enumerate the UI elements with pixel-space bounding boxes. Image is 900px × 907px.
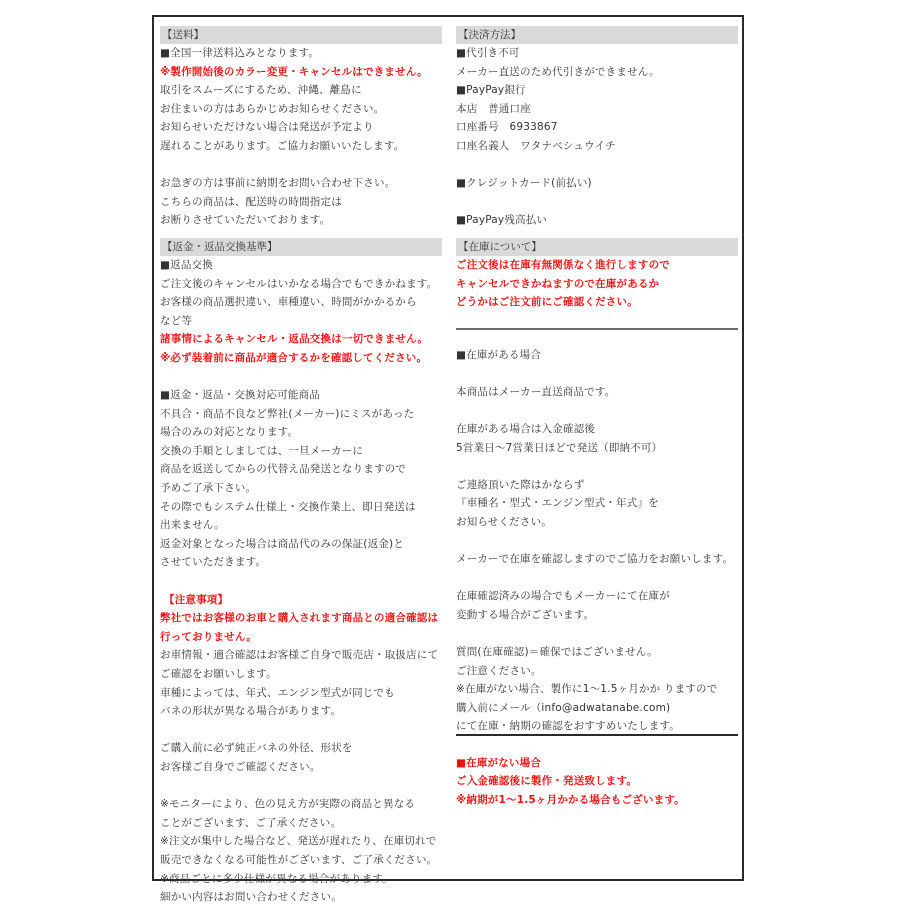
in-stock-line: にて在庫・納期の確認をおすすめいたします。 <box>456 718 738 734</box>
in-stock-line: お知らせください。 <box>456 513 738 532</box>
shipping-line: 遅れることがあります。ご協力お願いいたします。 <box>160 137 442 156</box>
returns-warning: 諸事情によるキャンセル・返品交換は一切できません。 <box>160 330 442 349</box>
blank-line <box>160 572 442 591</box>
stock-header: 【在庫について】 <box>456 238 738 256</box>
payment-line: メーカー直送のため代引きができません。 <box>456 63 738 82</box>
blank-line <box>456 532 738 551</box>
in-stock-line: 在庫がある場合は入金確認後 <box>456 420 738 439</box>
blank-line <box>456 569 738 588</box>
payment-line: ■代引き不可 <box>456 44 738 63</box>
shipping-line: お断りさせていただいております。 <box>160 211 442 230</box>
returns-line: 交換の手順としましては、一旦メーカーに <box>160 442 442 461</box>
left-column: 【送料】 ■全国一律送料込みとなります。 ※製作開始後のカラー変更・キャンセルは… <box>160 26 442 907</box>
returns-line: 出来ません。 <box>160 516 442 535</box>
blank-line <box>456 193 738 212</box>
notes-line: ことがございます、ご了承ください。 <box>160 814 442 833</box>
returns-line: など等 <box>160 312 442 331</box>
returns-line: 予めご了承下さい。 <box>160 479 442 498</box>
shipping-line: ■全国一律送料込みとなります。 <box>160 44 442 63</box>
notes-header: 【注意事項】 <box>160 591 442 610</box>
notes-line: ご確認をお願いします。 <box>160 665 442 684</box>
shipping-line: お住まいの方はあらかじめお知らせください。 <box>160 100 442 119</box>
contact-email-line: 購入前にメール（info@adwatanabe.com) <box>456 699 738 718</box>
notes-line: お客様ご自身でご確認ください。 <box>160 758 442 777</box>
notes-line: ※注文が集中した場合など、発送が遅れたり、在庫切れで <box>160 832 442 851</box>
payment-account-holder: 口座名義人 ワタナベシュウイチ <box>456 137 738 156</box>
spacer <box>160 230 442 238</box>
in-stock-line: 質問(在庫確認)＝確保ではございません。 <box>456 643 738 662</box>
stock-warning: ご注文後は在庫有無関係なく進行しますので <box>456 256 738 275</box>
shipping-line: お知らせいただけない場合は発送が予定より <box>160 118 442 137</box>
spacer <box>456 230 738 238</box>
in-stock-line: 5営業日〜7営業日ほどで発送（即納不可） <box>456 439 738 458</box>
returns-line: ご注文後のキャンセルはいかなる場合でもできかねます。 <box>160 275 442 294</box>
notes-line: ※モニターにより、色の見え方が実際の商品と異なる <box>160 795 442 814</box>
in-stock-line: ご注意ください。 <box>456 662 738 681</box>
in-stock-line: 変動する場合がございます。 <box>456 606 738 625</box>
in-stock-line: メーカーで在庫を確認しますのでご協力をお願いします。 <box>456 550 738 569</box>
payment-line: 本店 普通口座 <box>456 100 738 119</box>
returns-header: 【返金・返品交換基準】 <box>160 238 442 256</box>
payment-line: ■PayPay銀行 <box>456 81 738 100</box>
in-stock-line: 『車種名・型式・エンジン型式・年式』を <box>456 494 738 513</box>
out-of-stock-line: ■在庫がない場合 <box>456 754 738 773</box>
spacer <box>456 736 738 754</box>
returns-line: その際でもシステム仕様上・交換作業上、即日発送は <box>160 498 442 517</box>
notes-line: ※商品ごとに多少仕様が異なる場合があります。 <box>160 870 442 889</box>
notes-line: ご購入前に必ず純正バネの外径、形状を <box>160 739 442 758</box>
spacer <box>456 330 738 346</box>
spacer <box>456 312 738 328</box>
in-stock-line: 在庫確認済みの場合でもメーカーにて在庫が <box>456 587 738 606</box>
in-stock-line: ご連絡頂いた際はかならず <box>456 476 738 495</box>
returns-line: ■返品交換 <box>160 256 442 275</box>
shipping-warning: ※製作開始後のカラー変更・キャンセルはできません。 <box>160 63 442 82</box>
returns-line: させていただきます。 <box>160 553 442 572</box>
returns-line: 返金対象となった場合は商品代のみの保証(返金)と <box>160 535 442 554</box>
stock-warning: どうかはご注文前にご確認ください。 <box>456 293 738 312</box>
returns-warning: ※必ず装着前に商品が適合するかを確認してください。 <box>160 349 442 368</box>
returns-line: 商品を返送してからの代替え品発送となりますので <box>160 460 442 479</box>
blank-line <box>160 777 442 796</box>
returns-line: 不具合・商品不良など弊社(メーカー)にミスがあった <box>160 405 442 424</box>
stock-warning: キャンセルできかねますので在庫があるか <box>456 275 738 294</box>
returns-line: 場合のみの対応となります。 <box>160 423 442 442</box>
blank-line <box>456 625 738 644</box>
blank-line <box>456 364 738 383</box>
payment-account-number: 口座番号 6933867 <box>456 118 738 137</box>
notes-line: 細かい内容はお問い合わせください。 <box>160 888 442 907</box>
notes-line: お車情報・適合確認はお客様ご自身で販売店・取扱店にて <box>160 646 442 665</box>
blank-line <box>456 457 738 476</box>
blank-line <box>160 156 442 175</box>
shipping-header: 【送料】 <box>160 26 442 44</box>
shipping-line: 取引をスムーズにするため、沖縄、離島に <box>160 81 442 100</box>
in-stock-line: 本商品はメーカー直送商品です。 <box>456 383 738 402</box>
blank-line <box>456 156 738 175</box>
payment-line: ■クレジットカード(前払い) <box>456 174 738 193</box>
in-stock-line: ※在庫がない場合、製作に1〜1.5ヶ月かか りますので <box>456 680 738 699</box>
out-of-stock-line: ご入金確認後に製作・発送致します。 <box>456 772 738 791</box>
in-stock-line: ■在庫がある場合 <box>456 346 738 365</box>
out-of-stock-line: ※納期が1〜1.5ヶ月かかる場合もございます。 <box>456 791 738 810</box>
returns-line: お客様の商品選択違い、車種違い、時間がかかるから <box>160 293 442 312</box>
blank-line <box>160 368 442 387</box>
policy-frame: 【送料】 ■全国一律送料込みとなります。 ※製作開始後のカラー変更・キャンセルは… <box>152 15 744 881</box>
blank-line <box>160 721 442 740</box>
right-column: 【決済方法】 ■代引き不可 メーカー直送のため代引きができません。 ■PayPa… <box>456 26 738 809</box>
payment-line: ■PayPay残高払い <box>456 211 738 230</box>
notes-line: バネの形状が異なる場合があります。 <box>160 702 442 721</box>
payment-header: 【決済方法】 <box>456 26 738 44</box>
shipping-line: こちらの商品は、配送時の時間指定は <box>160 193 442 212</box>
blank-line <box>456 402 738 421</box>
notes-warning: 弊社ではお客様のお車と購入されます商品との適合確認は <box>160 609 442 628</box>
notes-warning: 行っておりません。 <box>160 628 442 647</box>
notes-line: 車種によっては、年式、エンジン型式が同じでも <box>160 684 442 703</box>
notes-line: 販売できなくなる可能性がございます、ご了承ください。 <box>160 851 442 870</box>
returns-line: ■返金・返品・交換対応可能商品 <box>160 386 442 405</box>
shipping-line: お急ぎの方は事前に納期をお問い合わせ下さい。 <box>160 174 442 193</box>
